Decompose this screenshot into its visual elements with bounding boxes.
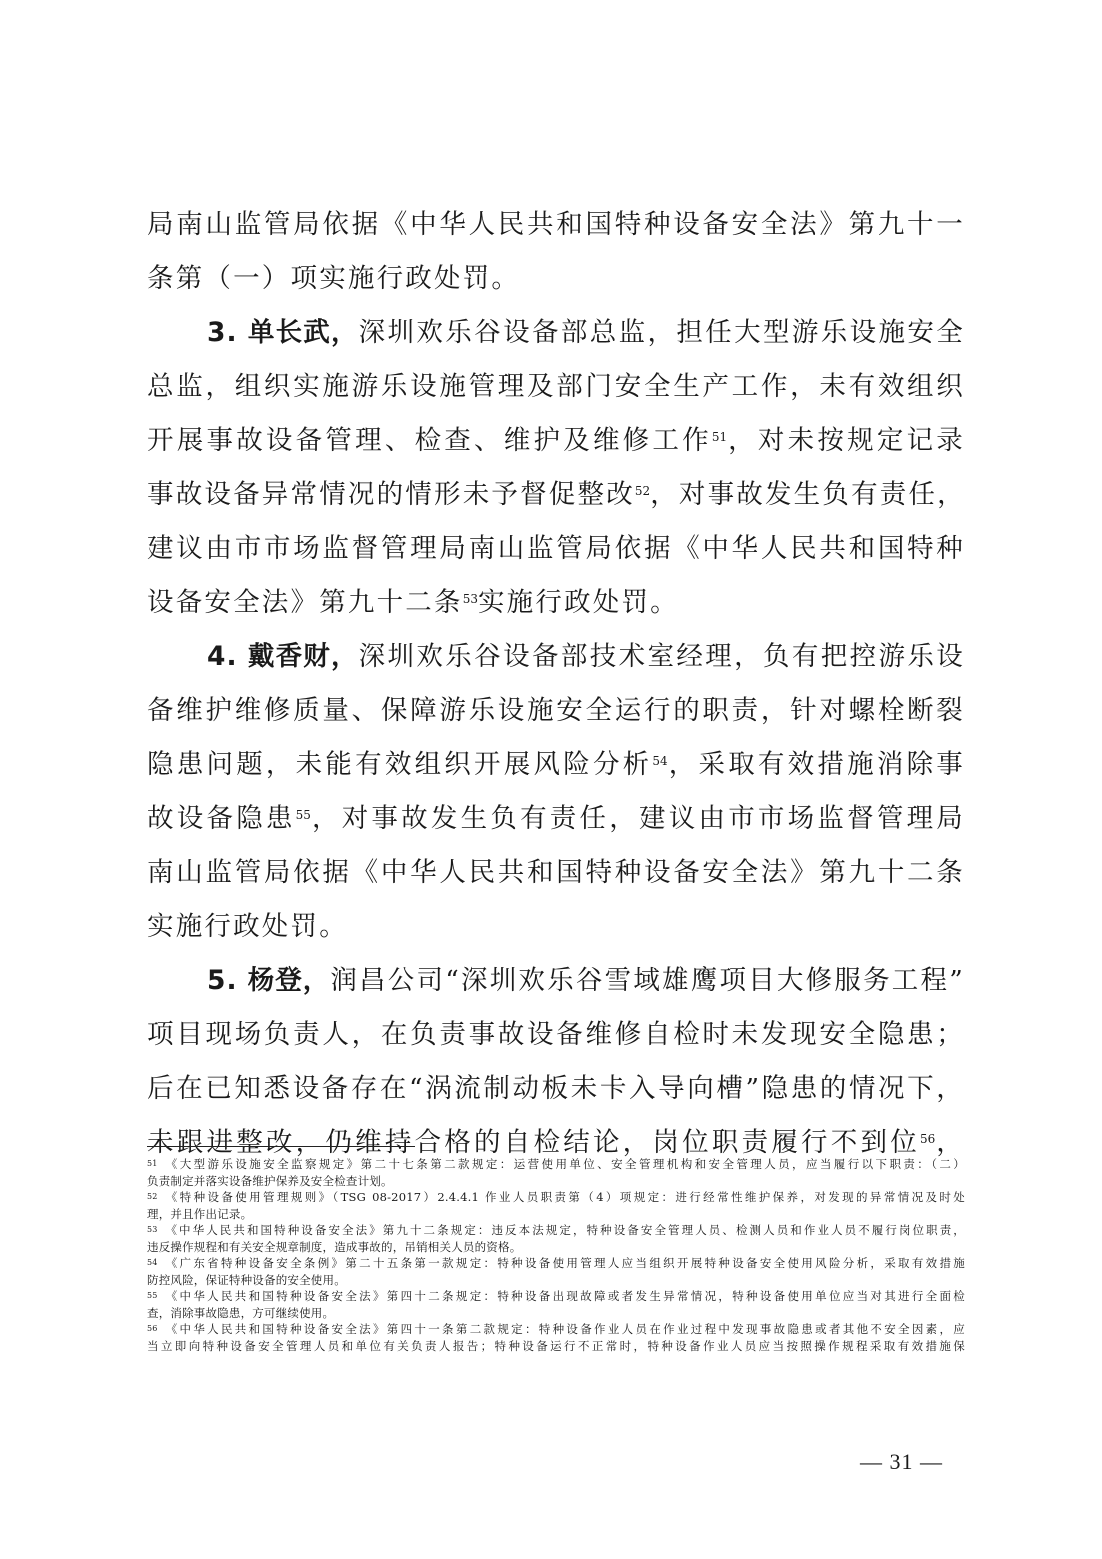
footnote-ref[interactable]: 56 <box>920 1132 935 1146</box>
footnote-ref[interactable]: 54 <box>652 754 667 768</box>
line-text: ，对未按规定记录 <box>727 425 965 456</box>
footnote-text: 《中华人民共和国特种设备安全法》第九十二条规定：违反本法规定，特种设备安全管理人… <box>164 1223 965 1237</box>
footnote-text: 防控风险，保证特种设备的安全使用。 <box>147 1273 346 1287</box>
footnote-text: 《特种设备使用管理规则》（TSG 08-2017）2.4.4.1 作业人员职责第… <box>164 1190 965 1204</box>
body-line: 故设备隐患55，对事故发生负有责任，建议由市市场监督管理局 <box>147 792 965 846</box>
line-text: 故设备隐患 <box>147 803 296 834</box>
body-line: 建议由市市场监督管理局南山监管局依据《中华人民共和国特种 <box>147 522 965 576</box>
line-text: 备维护维修质量、保障游乐设施安全运行的职责，针对螺栓断裂 <box>147 695 965 726</box>
body-line: 5. 杨登，润昌公司“深圳欢乐谷雪域雄鹰项目大修服务工程” <box>147 954 965 1008</box>
footnote-text: 查，消除事故隐患，方可继续使用。 <box>147 1306 334 1320</box>
footnote-text: 负责制定并落实设备维护保养及安全检查计划。 <box>147 1174 393 1188</box>
line-text: ， <box>935 1127 965 1158</box>
body-line: 开展事故设备管理、检查、维护及维修工作51，对未按规定记录 <box>147 414 965 468</box>
footnote-51-cont: 负责制定并落实设备维护保养及安全检查计划。 <box>147 1173 965 1190</box>
footnote-number: 55 <box>147 1291 158 1300</box>
footnote-ref[interactable]: 52 <box>635 484 650 498</box>
body-text: 局南山监管局依据《中华人民共和国特种设备安全法》第九十一 条第（一）项实施行政处… <box>147 198 965 1170</box>
footnote-52-cont: 理，并且作出记录。 <box>147 1206 965 1223</box>
footnote-text: 《大型游乐设施安全监察规定》第二十七条第二款规定：运营使用单位、安全管理机构和安… <box>164 1157 965 1171</box>
footnote-text: 违反操作规程和有关安全规章制度，造成事故的，吊销相关人员的资格。 <box>147 1240 521 1254</box>
footnote-number: 54 <box>147 1258 158 1267</box>
line-text: 后在已知悉设备存在“涡流制动板未卡入导向槽”隐患的情况下， <box>147 1073 965 1104</box>
line-text: 总监，组织实施游乐设施管理及部门安全生产工作，未有效组织 <box>147 371 965 402</box>
line-text: ，采取有效措施消除事 <box>668 749 965 780</box>
line-text: 深圳欢乐谷设备部技术室经理，负有把控游乐设 <box>359 641 965 672</box>
footnote-separator <box>147 1146 415 1147</box>
body-line: 设备安全法》第九十二条53实施行政处罚。 <box>147 576 965 630</box>
footnote-text: 理，并且作出记录。 <box>147 1207 252 1221</box>
footnote-text: 《广东省特种设备安全条例》第二十五条第一款规定：特种设备使用管理人应当组织开展特… <box>164 1256 965 1270</box>
footnote-54: 54《广东省特种设备安全条例》第二十五条第一款规定：特种设备使用管理人应当组织开… <box>147 1255 965 1272</box>
footnotes: 51《大型游乐设施安全监察规定》第二十七条第二款规定：运营使用单位、安全管理机构… <box>147 1156 965 1354</box>
footnote-text: 当立即向特种设备安全管理人员和单位有关负责人报告；特种设备运行不正常时，特种设备… <box>147 1339 965 1353</box>
line-text: 条第（一）项实施行政处罚。 <box>147 263 520 294</box>
body-line: 隐患问题，未能有效组织开展风险分析54，采取有效措施消除事 <box>147 738 965 792</box>
footnote-text: 《中华人民共和国特种设备安全法》第四十一条第二款规定：特种设备作业人员在作业过程… <box>164 1322 965 1336</box>
body-line: 实施行政处罚。 <box>147 900 965 954</box>
footnote-55-cont: 查，消除事故隐患，方可继续使用。 <box>147 1305 965 1322</box>
footnote-52: 52《特种设备使用管理规则》（TSG 08-2017）2.4.4.1 作业人员职… <box>147 1189 965 1206</box>
document-page: 局南山监管局依据《中华人民共和国特种设备安全法》第九十一 条第（一）项实施行政处… <box>0 0 1102 1559</box>
line-text: 南山监管局依据《中华人民共和国特种设备安全法》第九十二条 <box>147 857 965 888</box>
footnote-56: 56《中华人民共和国特种设备安全法》第四十一条第二款规定：特种设备作业人员在作业… <box>147 1321 965 1338</box>
footnote-51: 51《大型游乐设施安全监察规定》第二十七条第二款规定：运营使用单位、安全管理机构… <box>147 1156 965 1173</box>
body-line: 南山监管局依据《中华人民共和国特种设备安全法》第九十二条 <box>147 846 965 900</box>
footnote-number: 53 <box>147 1225 158 1234</box>
item-heading: 3. 单长武， <box>207 317 359 348</box>
body-line: 局南山监管局依据《中华人民共和国特种设备安全法》第九十一 <box>147 198 965 252</box>
body-line: 4. 戴香财，深圳欢乐谷设备部技术室经理，负有把控游乐设 <box>147 630 965 684</box>
footnote-56-cont: 当立即向特种设备安全管理人员和单位有关负责人报告；特种设备运行不正常时，特种设备… <box>147 1338 965 1355</box>
footnote-ref[interactable]: 53 <box>463 592 478 606</box>
item-heading: 4. 戴香财， <box>207 641 359 672</box>
line-text: 建议由市市场监督管理局南山监管局依据《中华人民共和国特种 <box>147 533 965 564</box>
body-line: 总监，组织实施游乐设施管理及部门安全生产工作，未有效组织 <box>147 360 965 414</box>
line-text: 实施行政处罚。 <box>147 911 348 942</box>
line-text: ，对事故发生负有责任，建议由市市场监督管理局 <box>311 803 965 834</box>
body-line: 后在已知悉设备存在“涡流制动板未卡入导向槽”隐患的情况下， <box>147 1062 965 1116</box>
footnote-number: 56 <box>147 1324 158 1333</box>
line-text: 润昌公司“深圳欢乐谷雪域雄鹰项目大修服务工程” <box>330 965 965 996</box>
line-text: 未跟进整改，仍维持合格的自检结论，岗位职责履行不到位 <box>147 1127 920 1158</box>
footnote-54-cont: 防控风险，保证特种设备的安全使用。 <box>147 1272 965 1289</box>
line-text: 局南山监管局依据《中华人民共和国特种设备安全法》第九十一 <box>147 209 965 240</box>
body-line: 事故设备异常情况的情形未予督促整改52，对事故发生负有责任， <box>147 468 965 522</box>
page-number: — 31 — <box>860 1449 943 1475</box>
line-text: 开展事故设备管理、检查、维护及维修工作 <box>147 425 712 456</box>
line-text: ，对事故发生负有责任， <box>650 479 966 510</box>
footnote-ref[interactable]: 55 <box>296 808 311 822</box>
body-line: 3. 单长武，深圳欢乐谷设备部总监，担任大型游乐设施安全 <box>147 306 965 360</box>
item-heading: 5. 杨登， <box>207 965 330 996</box>
body-line: 项目现场负责人，在负责事故设备维修自检时未发现安全隐患； <box>147 1008 965 1062</box>
line-text: 隐患问题，未能有效组织开展风险分析 <box>147 749 652 780</box>
line-text: 设备安全法》第九十二条 <box>147 587 463 618</box>
line-text: 事故设备异常情况的情形未予督促整改 <box>147 479 635 510</box>
line-text: 实施行政处罚。 <box>478 587 679 618</box>
body-line: 条第（一）项实施行政处罚。 <box>147 252 965 306</box>
body-line: 备维护维修质量、保障游乐设施安全运行的职责，针对螺栓断裂 <box>147 684 965 738</box>
footnote-number: 52 <box>147 1192 158 1201</box>
footnote-55: 55《中华人民共和国特种设备安全法》第四十二条规定：特种设备出现故障或者发生异常… <box>147 1288 965 1305</box>
footnote-text: 《中华人民共和国特种设备安全法》第四十二条规定：特种设备出现故障或者发生异常情况… <box>164 1289 965 1303</box>
line-text: 深圳欢乐谷设备部总监，担任大型游乐设施安全 <box>359 317 965 348</box>
footnote-53-cont: 违反操作规程和有关安全规章制度，造成事故的，吊销相关人员的资格。 <box>147 1239 965 1256</box>
footnote-ref[interactable]: 51 <box>712 430 727 444</box>
footnote-53: 53《中华人民共和国特种设备安全法》第九十二条规定：违反本法规定，特种设备安全管… <box>147 1222 965 1239</box>
line-text: 项目现场负责人，在负责事故设备维修自检时未发现安全隐患； <box>147 1019 965 1050</box>
footnote-number: 51 <box>147 1159 158 1168</box>
